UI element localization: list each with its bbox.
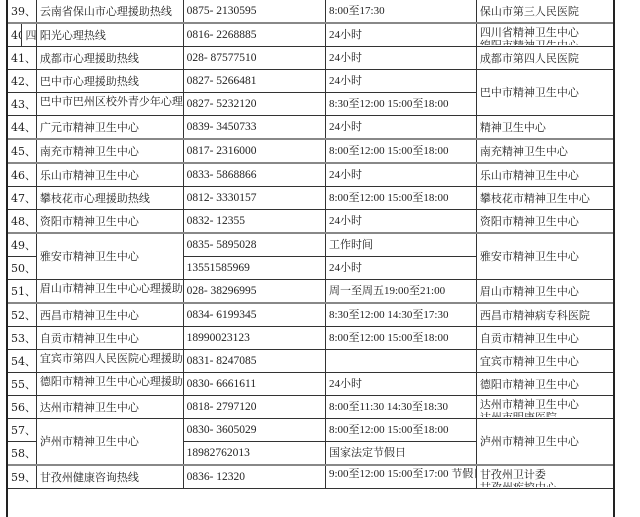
institution: 西昌市精神病专科医院 — [476, 303, 613, 327]
hotline-name: 阳光心理热线 — [36, 23, 183, 47]
row-number: 59、 — [8, 465, 37, 489]
row-number: 50、 — [8, 257, 37, 280]
hotline-name: 资阳市精神卫生中心 — [36, 210, 183, 234]
service-hours: 8:00至12:00 15:00至18:00 — [325, 139, 476, 163]
institution: 雅安市精神卫生中心 — [476, 233, 613, 280]
service-hours: 24小时 — [325, 373, 476, 396]
hotline-name-text: 眉山市精神卫生中心心理援助热线 — [40, 282, 183, 301]
table-row: 53、 自贡市精神卫生中心 18990023123 8:00至12:00 15:… — [8, 327, 614, 350]
service-hours: 8:00至12:00 15:00至18:00 — [325, 187, 476, 210]
hotline-name: 宜宾市第四人民医院心理援助热线 — [36, 350, 183, 373]
hotline-name: 云南省保山市心理援助热线 — [36, 0, 183, 23]
service-hours: 周一至周五19:00至21:00 — [325, 280, 476, 304]
row-number: 48、 — [8, 210, 37, 234]
row-number: 49、 — [8, 233, 37, 257]
table-row: 42、 巴中市心理援助热线 0827- 5266481 24小时 巴中市精神卫生… — [8, 70, 614, 93]
service-hours: 8:00至11:30 14:30至18:30 — [325, 396, 476, 419]
service-hours: 24小时 — [325, 47, 476, 70]
table-row: 55、 德阳市精神卫生中心心理援助热线 0830- 6661611 24小时 德… — [8, 373, 614, 396]
service-hours: 8:30至12:00 15:00至18:00 — [325, 93, 476, 116]
table-row: 40、 四川省 阳光心理热线 0816- 2268885 24小时 四川省精神卫… — [8, 23, 614, 47]
institution: 甘孜州卫计委 甘孜州疾控中心 — [476, 465, 613, 489]
table-row: 56、 达州市精神卫生中心 0818- 2797120 8:00至11:30 1… — [8, 396, 614, 419]
phone-number: 13551585969 — [183, 257, 325, 280]
institution: 自贡市精神卫生中心 — [476, 327, 613, 350]
hotline-name: 攀枝花市心理援助热线 — [36, 187, 183, 210]
hotline-name: 成都市心理援助热线 — [36, 47, 183, 70]
phone-number: 18982762013 — [183, 442, 325, 466]
service-hours: 24小时 — [325, 210, 476, 234]
table-row: 54、 宜宾市第四人民医院心理援助热线 0831- 8247085 宜宾市精神卫… — [8, 350, 614, 373]
phone-number: 0835- 5895028 — [183, 233, 325, 257]
row-number: 45、 — [8, 139, 37, 163]
phone-number: 18990023123 — [183, 327, 325, 350]
phone-number: 0875- 2130595 — [183, 0, 325, 23]
table-left-border — [6, 0, 8, 517]
row-number: 54、 — [8, 350, 37, 373]
institution: 乐山市精神卫生中心 — [476, 163, 613, 187]
institution: 巴中市精神卫生中心 — [476, 70, 613, 116]
institution: 资阳市精神卫生中心 — [476, 210, 613, 234]
hotline-name: 巴中市心理援助热线 — [36, 70, 183, 93]
institution: 攀枝花市精神卫生中心 — [476, 187, 613, 210]
institution-text: 四川省精神卫生中心 绵阳市精神卫生中心 — [480, 26, 613, 45]
service-hours — [325, 350, 476, 373]
hotline-name: 广元市精神卫生中心 — [36, 116, 183, 140]
table-row: 52、 西昌市精神卫生中心 0834- 6199345 8:30至12:00 1… — [8, 303, 614, 327]
hotline-name: 南充市精神卫生中心 — [36, 139, 183, 163]
hotline-table: 39、 云南省保山市心理援助热线 0875- 2130595 8:00至17:3… — [7, 0, 614, 489]
province: 四川省 — [22, 23, 36, 47]
row-number: 42、 — [8, 70, 37, 93]
row-number: 40、 — [8, 23, 22, 47]
phone-number: 0818- 2797120 — [183, 396, 325, 419]
phone-number: 0834- 6199345 — [183, 303, 325, 327]
table-row: 45、 南充市精神卫生中心 0817- 2316000 8:00至12:00 1… — [8, 139, 614, 163]
row-number: 41、 — [8, 47, 37, 70]
table-row: 48、 资阳市精神卫生中心 0832- 12355 24小时 资阳市精神卫生中心 — [8, 210, 614, 234]
institution: 南充精神卫生中心 — [476, 139, 613, 163]
hotline-document-page: 39、 云南省保山市心理援助热线 0875- 2130595 8:00至17:3… — [0, 0, 640, 517]
phone-number: 0833- 5868866 — [183, 163, 325, 187]
row-number: 52、 — [8, 303, 37, 327]
hotline-name: 眉山市精神卫生中心心理援助热线 — [36, 280, 183, 304]
table-row: 59、 甘孜州健康咨询热线 0836- 12320 9:00至12:00 15:… — [8, 465, 614, 489]
hotline-name: 泸州市精神卫生中心 — [36, 419, 183, 466]
table-row: 41、 成都市心理援助热线 028- 87577510 24小时 成都市第四人民… — [8, 47, 614, 70]
phone-number: 0830- 6661611 — [183, 373, 325, 396]
service-hours: 8:00至17:30 — [325, 0, 476, 23]
table-row: 46、 乐山市精神卫生中心 0833- 5868866 24小时 乐山市精神卫生… — [8, 163, 614, 187]
table-row: 51、 眉山市精神卫生中心心理援助热线 028- 38296995 周一至周五1… — [8, 280, 614, 304]
phone-number: 0816- 2268885 — [183, 23, 325, 47]
row-number: 51、 — [8, 280, 37, 304]
phone-number: 0836- 12320 — [183, 465, 325, 489]
phone-number: 0831- 8247085 — [183, 350, 325, 373]
table-row: 44、 广元市精神卫生中心 0839- 3450733 24小时 精神卫生中心 — [8, 116, 614, 140]
service-hours: 8:30至12:00 14:30至17:30 — [325, 303, 476, 327]
hotline-name: 巴中市巴州区校外青少年心理辅导站 — [36, 93, 183, 116]
phone-number: 028- 38296995 — [183, 280, 325, 304]
phone-number: 0832- 12355 — [183, 210, 325, 234]
table-right-border — [613, 0, 615, 517]
phone-number: 028- 87577510 — [183, 47, 325, 70]
row-number: 53、 — [8, 327, 37, 350]
table-row: 39、 云南省保山市心理援助热线 0875- 2130595 8:00至17:3… — [8, 0, 614, 23]
service-hours: 9:00至12:00 15:00至17:00 节假日除外 — [325, 465, 476, 489]
hotline-name-text: 宜宾市第四人民医院心理援助热线 — [40, 352, 183, 371]
phone-number: 0830- 3605029 — [183, 419, 325, 442]
service-hours: 24小时 — [325, 23, 476, 47]
service-hours: 8:00至12:00 15:00至18:00 — [325, 327, 476, 350]
service-hours: 国家法定节假日 — [325, 442, 476, 466]
table-row: 49、 雅安市精神卫生中心 0835- 5895028 工作时间 雅安市精神卫生… — [8, 233, 614, 257]
hotline-name: 乐山市精神卫生中心 — [36, 163, 183, 187]
institution: 成都市第四人民医院 — [476, 47, 613, 70]
institution: 德阳市精神卫生中心 — [476, 373, 613, 396]
hotline-name: 达州市精神卫生中心 — [36, 396, 183, 419]
institution-text: 甘孜州卫计委 甘孜州疾控中心 — [480, 468, 613, 487]
institution: 保山市第三人民医院 — [476, 0, 613, 23]
hotline-name: 甘孜州健康咨询热线 — [36, 465, 183, 489]
hotline-name: 德阳市精神卫生中心心理援助热线 — [36, 373, 183, 396]
service-hours: 工作时间 — [325, 233, 476, 257]
row-number: 56、 — [8, 396, 37, 419]
hotline-name: 雅安市精神卫生中心 — [36, 233, 183, 280]
institution: 达州市精神卫生中心 达州市明康医院 — [476, 396, 613, 419]
row-number: 47、 — [8, 187, 37, 210]
service-hours: 24小时 — [325, 116, 476, 140]
hotline-name: 自贡市精神卫生中心 — [36, 327, 183, 350]
row-number: 44、 — [8, 116, 37, 140]
hotline-name: 西昌市精神卫生中心 — [36, 303, 183, 327]
row-number: 43、 — [8, 93, 37, 116]
row-number: 39、 — [8, 0, 37, 23]
row-number: 46、 — [8, 163, 37, 187]
phone-number: 0812- 3330157 — [183, 187, 325, 210]
institution: 泸州市精神卫生中心 — [476, 419, 613, 466]
service-hours: 24小时 — [325, 257, 476, 280]
institution: 宜宾市精神卫生中心 — [476, 350, 613, 373]
phone-number: 0839- 3450733 — [183, 116, 325, 140]
hotline-name-text: 巴中市巴州区校外青少年心理辅导站 — [40, 95, 183, 114]
institution: 精神卫生中心 — [476, 116, 613, 140]
service-hours: 8:00至12:00 15:00至18:00 — [325, 419, 476, 442]
phone-number: 0827- 5232120 — [183, 93, 325, 116]
service-hours: 24小时 — [325, 163, 476, 187]
institution: 眉山市精神卫生中心 — [476, 280, 613, 304]
row-number: 58、 — [8, 442, 37, 466]
table-row: 47、 攀枝花市心理援助热线 0812- 3330157 8:00至12:00 … — [8, 187, 614, 210]
service-hours: 24小时 — [325, 70, 476, 93]
phone-number: 0827- 5266481 — [183, 70, 325, 93]
institution: 四川省精神卫生中心 绵阳市精神卫生中心 — [476, 23, 613, 47]
row-number: 57、 — [8, 419, 37, 442]
service-hours-text: 9:00至12:00 15:00至17:00 节假日除外 — [329, 468, 476, 487]
row-number: 55、 — [8, 373, 37, 396]
table-row: 57、 泸州市精神卫生中心 0830- 3605029 8:00至12:00 1… — [8, 419, 614, 442]
hotline-name-text: 德阳市精神卫生中心心理援助热线 — [40, 375, 183, 394]
phone-number: 0817- 2316000 — [183, 139, 325, 163]
institution-text: 达州市精神卫生中心 达州市明康医院 — [480, 398, 613, 417]
